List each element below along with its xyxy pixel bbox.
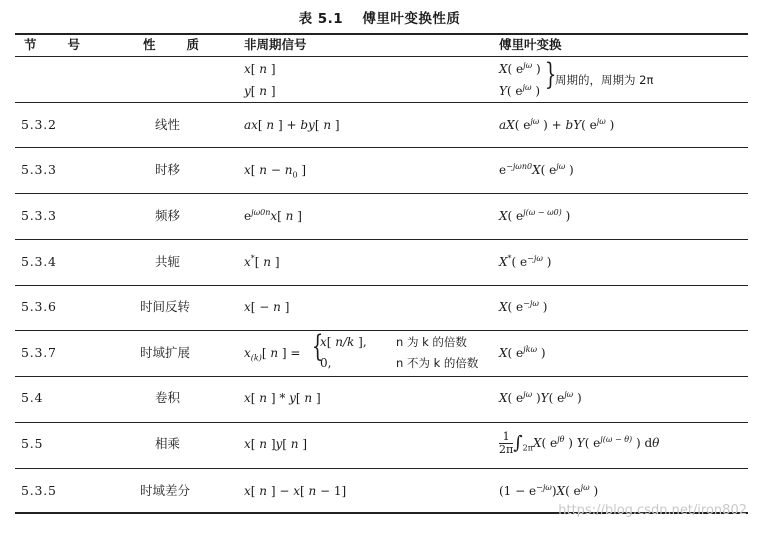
case2-expression: 0, xyxy=(320,355,331,371)
signal-expression: ejω0nx[ n ] xyxy=(244,208,302,224)
section-number: 5.3.7 xyxy=(21,345,57,361)
row-rule xyxy=(15,422,748,423)
table-title: 傅里叶变换性质 xyxy=(362,11,460,27)
header-transform: 傅里叶变换 xyxy=(499,37,562,53)
transform-expression: X( ejkω ) xyxy=(499,345,546,361)
property-name: 时域差分 xyxy=(140,483,190,499)
property-name: 相乘 xyxy=(155,436,180,452)
signal-expression: ax[ n ] + by[ n ] xyxy=(244,117,340,133)
row-rule xyxy=(15,468,748,469)
signal-expression: x[ n ] − x[ n − 1] xyxy=(244,483,346,499)
section-number: 5.5 xyxy=(21,436,43,452)
property-name: 频移 xyxy=(155,208,180,224)
signal-y: y[ n ] xyxy=(244,83,276,99)
header-signal: 非周期信号 xyxy=(244,37,307,53)
transform-expression: X( ejω )Y( ejω ) xyxy=(499,390,582,406)
signal-expression: x*[ n ] xyxy=(244,254,280,270)
row-rule xyxy=(15,285,748,286)
property-name: 线性 xyxy=(155,117,180,133)
transform-Y: Y( ejω ) xyxy=(499,83,540,99)
header-property: 性 质 xyxy=(143,37,201,53)
case2-condition: n 不为 k 的倍数 xyxy=(396,355,478,371)
transform-expression: aX( ejω ) + bY( ejω ) xyxy=(499,117,614,133)
transform-expression: X( ej(ω − ω0) ) xyxy=(499,208,570,224)
section-number: 5.4 xyxy=(21,390,43,406)
row-rule xyxy=(15,330,748,331)
header-section: 节 号 xyxy=(24,37,82,53)
property-name: 共轭 xyxy=(155,254,180,270)
transform-expression: (1 − e−jω)X( ejω ) xyxy=(499,483,598,499)
section-number: 5.3.5 xyxy=(21,483,57,499)
property-name: 时移 xyxy=(155,162,180,178)
transform-expression: e−jωn0X( ejω ) xyxy=(499,162,574,178)
row-rule xyxy=(15,239,748,240)
section-number: 5.3.6 xyxy=(21,299,57,315)
signal-expression: x[ n ]y[ n ] xyxy=(244,436,307,452)
signal-expression: x[ n − n0 ] xyxy=(244,162,306,178)
signal-expression: x[ − n ] xyxy=(244,299,289,315)
top-rule xyxy=(15,33,748,35)
header-rule xyxy=(15,56,748,57)
section-number: 5.3.4 xyxy=(21,254,57,270)
transform-expression: 12π∫2πX( ejθ ) Y( ej(ω − θ) ) dθ xyxy=(499,429,659,458)
table-number: 表 5.1 xyxy=(299,11,344,27)
row-rule xyxy=(15,376,748,377)
signal-expression: x[ n ] * y[ n ] xyxy=(244,390,321,406)
property-name: 时间反转 xyxy=(140,299,190,315)
row-rule xyxy=(15,193,748,194)
case1-condition: n 为 k 的倍数 xyxy=(396,334,467,350)
section-number: 5.3.2 xyxy=(21,117,57,133)
property-name: 时域扩展 xyxy=(140,345,190,361)
section-number: 5.3.3 xyxy=(21,208,57,224)
table-caption: 表 5.1 傅里叶变换性质 xyxy=(0,7,759,27)
transform-expression: X*( e−jω ) xyxy=(499,254,551,270)
transform-expression: X( e−jω ) xyxy=(499,299,547,315)
section-number: 5.3.3 xyxy=(21,162,57,178)
row-rule xyxy=(15,102,748,103)
property-name: 卷积 xyxy=(155,390,180,406)
fraction-1-over-2pi: 12π xyxy=(499,431,513,456)
row-rule xyxy=(15,147,748,148)
signal-x: x[ n ] xyxy=(244,61,276,77)
signal-lhs: x(k)[ n ] = xyxy=(244,345,300,361)
case1-expression: x[ n/k ], xyxy=(320,334,367,350)
transform-X: X( ejω ) xyxy=(499,61,541,77)
watermark: https://blog.csdn.net/iron802 xyxy=(558,503,747,518)
periodic-note: 周期的，周期为 2π xyxy=(555,72,653,88)
